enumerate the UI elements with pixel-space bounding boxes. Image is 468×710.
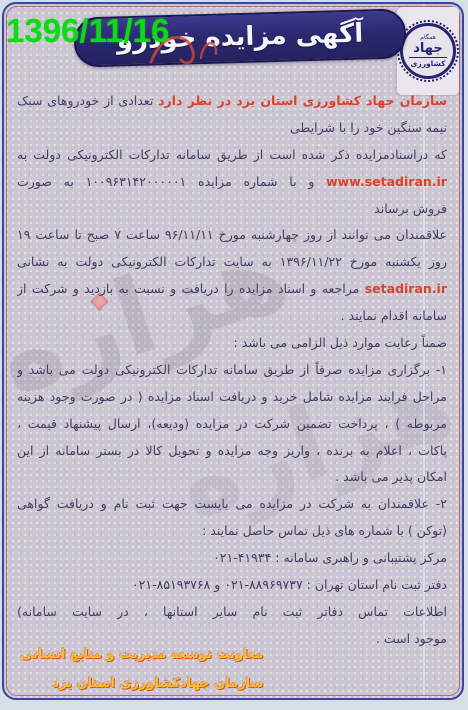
text-segment: علاقمندان می توانند از روز چهارشنبه مورخ xyxy=(214,227,447,242)
text-segment: سامانه اقدام نمایند . xyxy=(341,308,447,323)
text-segment: که دراسنادمزایده ذکر شده است از طریق سام… xyxy=(17,147,447,169)
body-line: www.setadiran.ir و با شماره مزایده ۱۰۰۹۶… xyxy=(17,169,447,196)
body-line: علاقمندان می توانند از روز چهارشنبه مورخ… xyxy=(17,222,447,249)
text-segment: ۱۰۰۹۶۳۱۴۲۰۰۰۰۰۱ xyxy=(86,174,187,189)
body-line: setadiran.ir مراجعه و اسناد مزایده را در… xyxy=(17,276,447,303)
url-text: www.setadiran.ir xyxy=(326,174,447,189)
text-segment: امکان پذیر می باشد . xyxy=(335,469,447,484)
text-segment: فروش برساند xyxy=(374,201,447,216)
date-stamp-annotation: 1396/11/16 xyxy=(6,12,169,50)
text-segment: و xyxy=(210,577,224,592)
body-line: اطلاعات تماس دفاتر ثبت نام سایر استانها … xyxy=(17,599,447,626)
jahad-keshavarzi-logo: همگام جهاد کشاورزی xyxy=(397,7,459,95)
text-segment: دفتر ثبت نام استان تهران : xyxy=(303,577,447,592)
text-segment: مربوطه ) ، پرداخت تضمین شرکت در مزایده (… xyxy=(17,416,447,438)
text-segment: (توکن ) با شماره های ذیل تماس حاصل نماین… xyxy=(202,523,447,538)
body-line: دفتر ثبت نام استان تهران : ۰۲۱-۸۸۹۶۹۷۳۷ … xyxy=(17,572,447,599)
text-segment: ۲- علاقمندان به شرکت در مزایده می بایست … xyxy=(17,496,447,518)
body-line: نیمه سنگین خود را با شرایطی xyxy=(17,115,447,142)
text-segment: مرکز پشتیبانی و راهبری سامانه : xyxy=(271,550,447,565)
body-line: ضمناً رعایت موارد ذیل الزامی می باشد : xyxy=(17,330,447,357)
document-page: هزاره هزاره آگهی مزایده خودرو همگام جهاد… xyxy=(2,2,464,700)
logo-top-label: همگام xyxy=(420,34,436,41)
logo-emblem-circle: همگام جهاد کشاورزی xyxy=(400,23,456,79)
text-segment: موجود است . xyxy=(376,631,447,646)
body-line: فروش برساند xyxy=(17,196,447,223)
text-segment: به سایت تدارکات الکترونیکی دولت به نشانی xyxy=(17,254,280,269)
body-line: ۱- برگزاری مزایده صرفاً از طریق سامانه ت… xyxy=(17,357,447,384)
text-segment: اطلاعات تماس دفاتر ثبت نام سایر استانها … xyxy=(22,604,447,619)
text-segment: روز یکشنبه مورخ xyxy=(342,254,447,269)
scanned-auction-notice: { "stamp": { "date": "1396/11/16", "colo… xyxy=(0,0,468,710)
signature-line-2: سازمان جهادکشاورزی استان یزد xyxy=(20,669,263,698)
document-body: سازمان جهاد کشاورزی استان یزد در نظر دار… xyxy=(17,88,447,653)
text-segment: ۰۲۱-۴۱۹۳۴ xyxy=(213,550,271,565)
text-segment: ۱- برگزاری مزایده صرفاً از طریق سامانه ت… xyxy=(17,362,447,384)
text-segment: پاکات ، اعلام به برنده ، واریز وجه مزاید… xyxy=(17,443,447,465)
text-segment: ۹۶/۱۱/۱۱ xyxy=(165,227,214,242)
body-line: مرکز پشتیبانی و راهبری سامانه : ۰۲۱-۴۱۹۳… xyxy=(17,545,447,572)
body-line: سازمان جهاد کشاورزی استان یزد در نظر دار… xyxy=(17,88,447,115)
body-line: مراحل فرایند مزایده شامل خرید و دریافت ا… xyxy=(17,384,447,411)
body-line: مربوطه ) ، پرداخت تضمین شرکت در مزایده (… xyxy=(17,411,447,438)
url-text: setadiran.ir xyxy=(365,281,447,296)
body-line: روز یکشنبه مورخ ۱۳۹۶/۱۱/۲۲ به سایت تدارک… xyxy=(17,249,447,276)
logo-main-label: جهاد xyxy=(409,41,447,58)
text-segment: سازمان جهاد کشاورزی استان یزد در نظر دار… xyxy=(158,93,447,108)
body-line: امکان پذیر می باشد . xyxy=(17,464,447,491)
text-segment: نیمه سنگین خود را با شرایطی xyxy=(290,120,447,135)
text-segment: ۱۳۹۶/۱۱/۲۲ xyxy=(280,254,342,269)
text-segment: و با شماره مزایده xyxy=(186,174,326,189)
text-segment: ۰۲۱-۸۵۱۹۳۷۶۸ xyxy=(132,577,210,592)
body-line: پاکات ، اعلام به برنده ، واریز وجه مزاید… xyxy=(17,438,447,465)
body-line: که دراسنادمزایده ذکر شده است از طریق سام… xyxy=(17,142,447,169)
text-segment: ۰۲۱-۸۸۹۶۹۷۳۷ xyxy=(224,577,302,592)
text-segment: مراحل فرایند مزایده شامل خرید و دریافت ا… xyxy=(17,389,447,404)
text-segment: ضمناً رعایت موارد ذیل الزامی می باشد : xyxy=(234,335,447,350)
logo-sub-label: کشاورزی xyxy=(411,59,446,69)
body-line: ۲- علاقمندان به شرکت در مزایده می بایست … xyxy=(17,491,447,518)
signature-block: معاونت توسعه مدیریت و منابع انسانی سازما… xyxy=(20,640,263,698)
body-line: (توکن ) با شماره های ذیل تماس حاصل نماین… xyxy=(17,518,447,545)
text-segment: ساعت ۷ صبح تا ساعت ۱۹ xyxy=(17,227,165,242)
body-line: سامانه اقدام نمایند . xyxy=(17,303,447,330)
signature-line-1: معاونت توسعه مدیریت و منابع انسانی xyxy=(20,640,263,669)
